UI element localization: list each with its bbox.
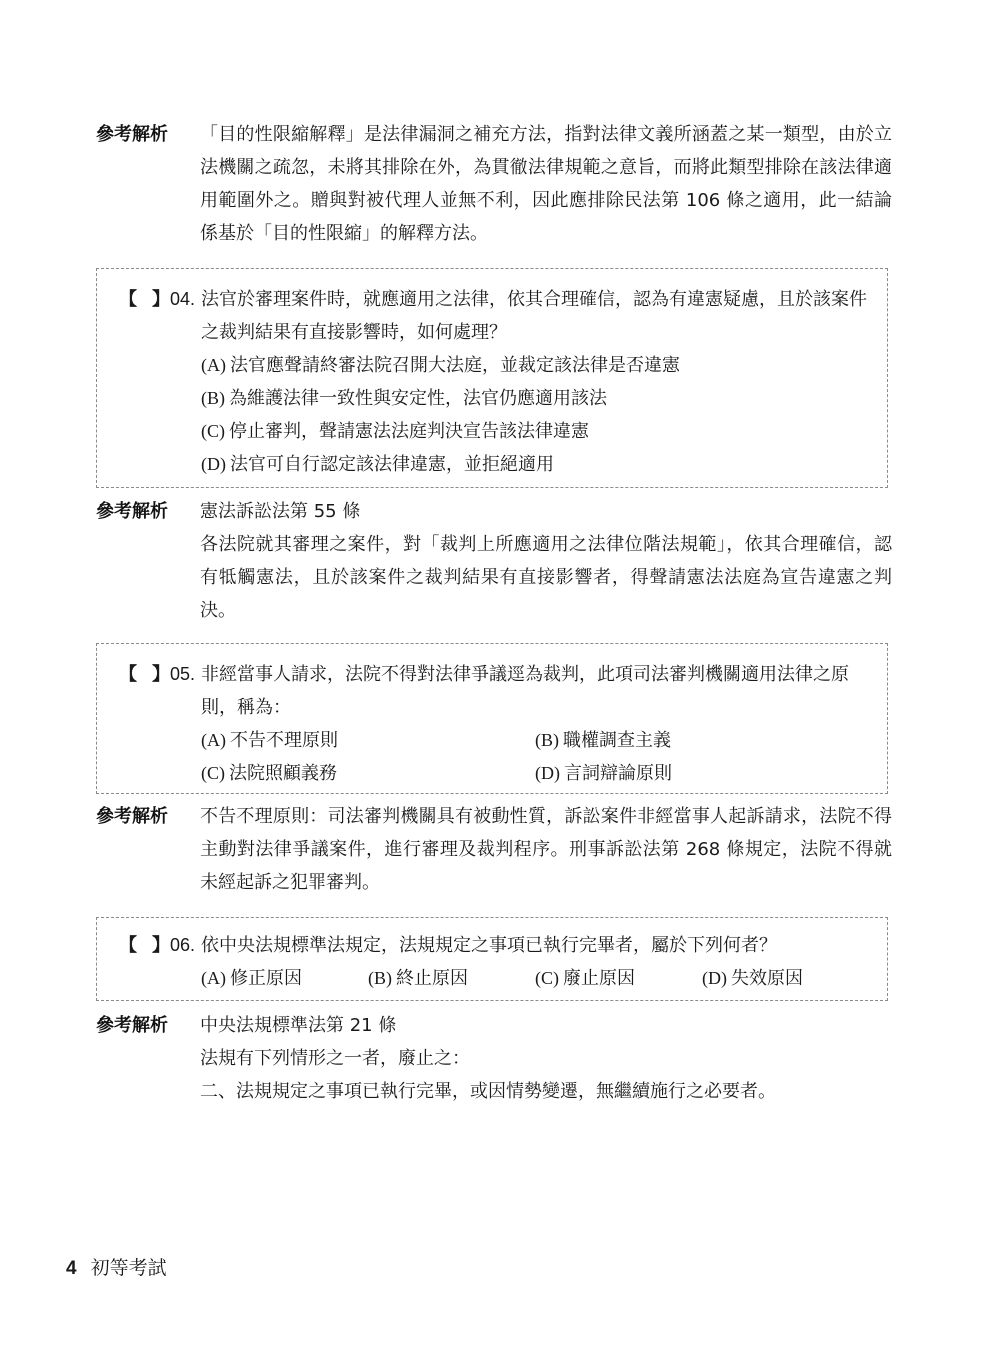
analysis-citation: 中央法規標準法第 21 條 (200, 1009, 892, 1042)
option-a[interactable]: (A)法官應聲請終審法院召開大法庭，並裁定該法律是否違憲 (201, 349, 680, 382)
analysis-paragraph: 「目的性限縮解釋」是法律漏洞之補充方法，指對法律文義所涵蓋之某一類型，由於立法機… (200, 118, 892, 250)
question-text: 依中央法規標準法規定，法規規定之事項已執行完畢者，屬於下列何者？ (201, 929, 877, 962)
option-d[interactable]: (D)法官可自行認定該法律違憲，並拒絕適用 (201, 448, 554, 481)
option-b[interactable]: (B)終止原因 (368, 962, 535, 995)
answer-bracket-close: 】 (152, 289, 170, 309)
question-number: 【 】05. (119, 658, 201, 724)
answer-bracket-open[interactable]: 【 (119, 289, 137, 309)
question-box-04: 【 】04. 法官於審理案件時，就應適用之法律，依其合理確信，認為有違憲疑慮，且… (96, 268, 888, 488)
analysis-q03: 參考解析 「目的性限縮解釋」是法律漏洞之補充方法，指對法律文義所涵蓋之某一類型，… (96, 118, 892, 250)
option-c[interactable]: (C)停止審判，聲請憲法法庭判決宣告該法律違憲 (201, 415, 589, 448)
option-b[interactable]: (B)職權調查主義 (535, 724, 869, 757)
analysis-paragraph: 各法院就其審理之案件，對「裁判上所應適用之法律位階法規範」，依其合理確信，認有牴… (200, 528, 892, 627)
question-box-06: 【 】06. 依中央法規標準法規定，法規規定之事項已執行完畢者，屬於下列何者？ … (96, 917, 888, 1001)
question-stem: 【 】04. 法官於審理案件時，就應適用之法律，依其合理確信，認為有違憲疑慮，且… (119, 283, 877, 349)
analysis-body: 憲法訴訟法第 55 條 各法院就其審理之案件，對「裁判上所應適用之法律位階法規範… (200, 495, 892, 627)
book-title: 初等考試 (91, 1257, 167, 1279)
option-d[interactable]: (D)失效原因 (702, 962, 869, 995)
analysis-q04: 參考解析 憲法訴訟法第 55 條 各法院就其審理之案件，對「裁判上所應適用之法律… (96, 495, 892, 627)
question-stem: 【 】06. 依中央法規標準法規定，法規規定之事項已執行完畢者，屬於下列何者？ (119, 929, 877, 962)
analysis-body: 「目的性限縮解釋」是法律漏洞之補充方法，指對法律文義所涵蓋之某一類型，由於立法機… (200, 118, 892, 250)
question-text: 非經當事人請求，法院不得對法律爭議逕為裁判，此項司法審判機關適用法律之原則，稱為… (201, 658, 877, 724)
question-number: 【 】04. (119, 283, 201, 349)
analysis-label: 參考解析 (96, 495, 200, 627)
analysis-label: 參考解析 (96, 1009, 200, 1108)
option-c[interactable]: (C)廢止原因 (535, 962, 702, 995)
option-c[interactable]: (C)法院照顧義務 (201, 757, 535, 790)
analysis-paragraph: 法規有下列情形之一者，廢止之： (200, 1042, 892, 1075)
analysis-label: 參考解析 (96, 118, 200, 250)
analysis-body: 不告不理原則：司法審判機關具有被動性質，訴訟案件非經當事人起訴請求，法院不得主動… (200, 800, 892, 899)
page-footer: 4初等考試 (66, 1253, 167, 1280)
question-text: 法官於審理案件時，就應適用之法律，依其合理確信，認為有違憲疑慮，且於該案件之裁判… (201, 283, 877, 349)
analysis-paragraph: 二、法規規定之事項已執行完畢，或因情勢變遷，無繼續施行之必要者。 (200, 1075, 892, 1108)
option-d[interactable]: (D)言詞辯論原則 (535, 757, 869, 790)
analysis-q06: 參考解析 中央法規標準法第 21 條 法規有下列情形之一者，廢止之： 二、法規規… (96, 1009, 892, 1108)
answer-bracket-close: 】 (152, 664, 170, 684)
options-list: (A)不告不理原則 (B)職權調查主義 (C)法院照顧義務 (D)言詞辯論原則 (201, 724, 877, 790)
option-a[interactable]: (A)修正原因 (201, 962, 368, 995)
analysis-citation: 憲法訴訟法第 55 條 (200, 495, 892, 528)
analysis-q05: 參考解析 不告不理原則：司法審判機關具有被動性質，訴訟案件非經當事人起訴請求，法… (96, 800, 892, 899)
analysis-label: 參考解析 (96, 800, 200, 899)
question-stem: 【 】05. 非經當事人請求，法院不得對法律爭議逕為裁判，此項司法審判機關適用法… (119, 658, 877, 724)
answer-bracket-close: 】 (152, 935, 170, 955)
option-b[interactable]: (B)為維護法律一致性與安定性，法官仍應適用該法 (201, 382, 607, 415)
answer-bracket-open[interactable]: 【 (119, 935, 137, 955)
analysis-paragraph: 不告不理原則：司法審判機關具有被動性質，訴訟案件非經當事人起訴請求，法院不得主動… (200, 800, 892, 899)
question-number: 【 】06. (119, 929, 201, 962)
options-list: (A)法官應聲請終審法院召開大法庭，並裁定該法律是否違憲 (B)為維護法律一致性… (201, 349, 877, 481)
question-box-05: 【 】05. 非經當事人請求，法院不得對法律爭議逕為裁判，此項司法審判機關適用法… (96, 643, 888, 794)
option-a[interactable]: (A)不告不理原則 (201, 724, 535, 757)
analysis-body: 中央法規標準法第 21 條 法規有下列情形之一者，廢止之： 二、法規規定之事項已… (200, 1009, 892, 1108)
options-list: (A)修正原因 (B)終止原因 (C)廢止原因 (D)失效原因 (201, 962, 877, 995)
page-number: 4 (66, 1258, 77, 1279)
answer-bracket-open[interactable]: 【 (119, 664, 137, 684)
